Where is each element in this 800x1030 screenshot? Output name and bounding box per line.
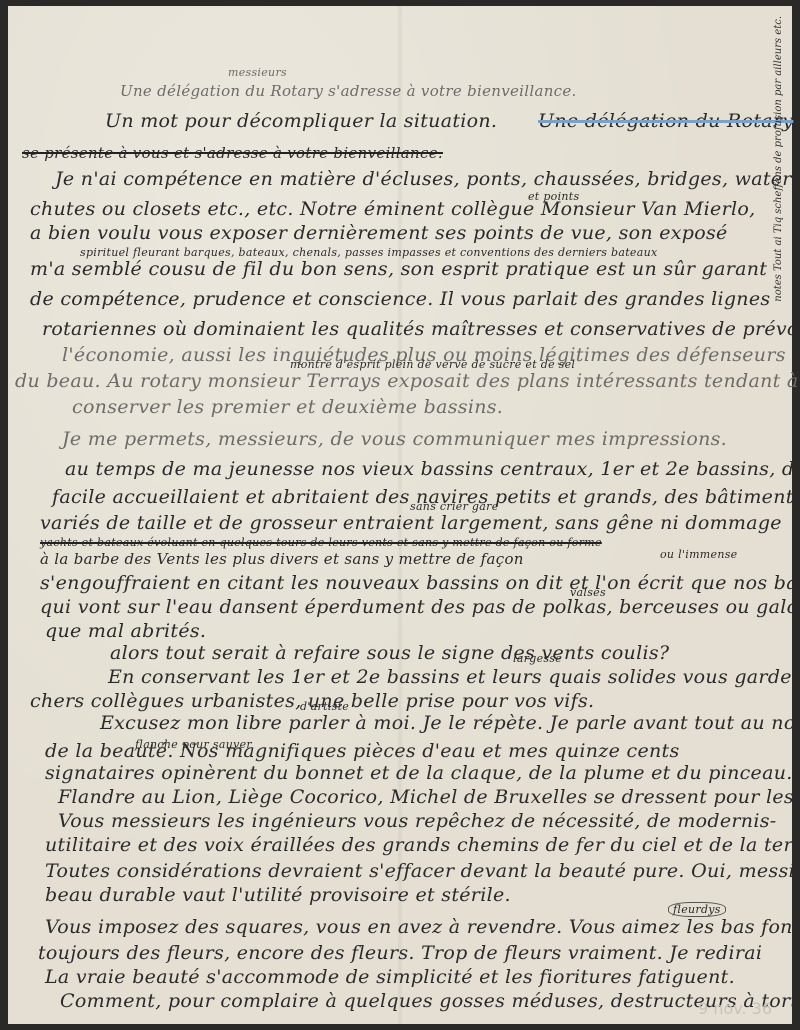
- opening-line: Un mot pour décompliquer la situation.: [105, 110, 497, 132]
- text-line: toujours des fleurs, encore des fleurs. …: [38, 942, 762, 964]
- letter-page: messieurs Une délégation du Rotary s'adr…: [8, 6, 792, 1024]
- text-line: chutes ou closets etc., etc. Notre émine…: [30, 198, 755, 220]
- text-line: Je n'ai compétence en matière d'écluses,…: [55, 168, 800, 190]
- text-line: signataires opinèrent du bonnet et de la…: [45, 762, 793, 784]
- text-line: Toutes considérations devraient s'efface…: [45, 860, 800, 882]
- text-line: Vous messieurs les ingénieurs vous repêc…: [58, 810, 776, 832]
- text-line: La vraie beauté s'accommode de simplicit…: [45, 966, 735, 988]
- text-line: Flandre au Lion, Liège Cocorico, Michel …: [58, 786, 800, 808]
- insertion: largesse: [513, 652, 562, 665]
- struck-line: se présente à vous et s'adresse à votre …: [22, 144, 443, 162]
- text-line: Je me permets, messieurs, de vous commun…: [62, 428, 727, 450]
- circled-insertion: fleurdys: [668, 902, 726, 917]
- salutation-insert: messieurs: [228, 66, 287, 79]
- text-line: qui vont sur l'eau dansent éperdument de…: [40, 596, 800, 618]
- text-line: du beau. Au rotary monsieur Terrays expo…: [15, 370, 799, 392]
- text-line: En conservant les 1er et 2e bassins et l…: [108, 666, 800, 688]
- text-line: de compétence, prudence et conscience. I…: [30, 288, 770, 310]
- struck-line: yachts et bateaux évoluant en quelques t…: [40, 536, 602, 549]
- margin-note: notes Tout ai Tiq scheffens de profusion…: [773, 16, 784, 302]
- text-line: alors tout serait à refaire sous le sign…: [110, 642, 669, 664]
- text-line: rotariennes où dominaient les qualités m…: [42, 318, 800, 340]
- text-line: beau durable vaut l'utilité provisoire e…: [45, 884, 511, 906]
- insertion: ou l'immense: [660, 548, 737, 561]
- text-line: variés de taille et de grosseur entraien…: [40, 512, 782, 534]
- text-line: de la beauté. Nos magnifiques pièces d'e…: [45, 740, 680, 762]
- text-line: conserver les premier et deuxième bassin…: [72, 396, 503, 418]
- date-stamp: 9 nov. 36: [698, 999, 772, 1018]
- text-line: à la barbe des Vents les plus divers et …: [40, 550, 524, 568]
- struck-delegation: Une délégation du Rotary: [538, 110, 793, 132]
- text-line: Vous imposez des squares, vous en avez à…: [45, 916, 800, 938]
- text-line: s'engouffraient en citant les nouveaux b…: [40, 572, 800, 594]
- text-line: au temps de ma jeunesse nos vieux bassin…: [65, 458, 800, 480]
- text-line: que mal abrités.: [45, 620, 206, 642]
- text-line: a bien voulu vous exposer dernièrement s…: [30, 222, 728, 244]
- text-line: utilitaire et des voix éraillées des gra…: [45, 834, 800, 856]
- insertion: et points: [528, 190, 579, 203]
- text-line: Comment, pour complaire à quelques gosse…: [60, 990, 798, 1012]
- text-line: Excusez mon libre parler à moi. Je le ré…: [100, 712, 800, 734]
- opening-line-pencil: Une délégation du Rotary s'adresse à vot…: [120, 82, 577, 100]
- text-line: m'a semblé cousu de fil du bon sens, son…: [30, 258, 767, 280]
